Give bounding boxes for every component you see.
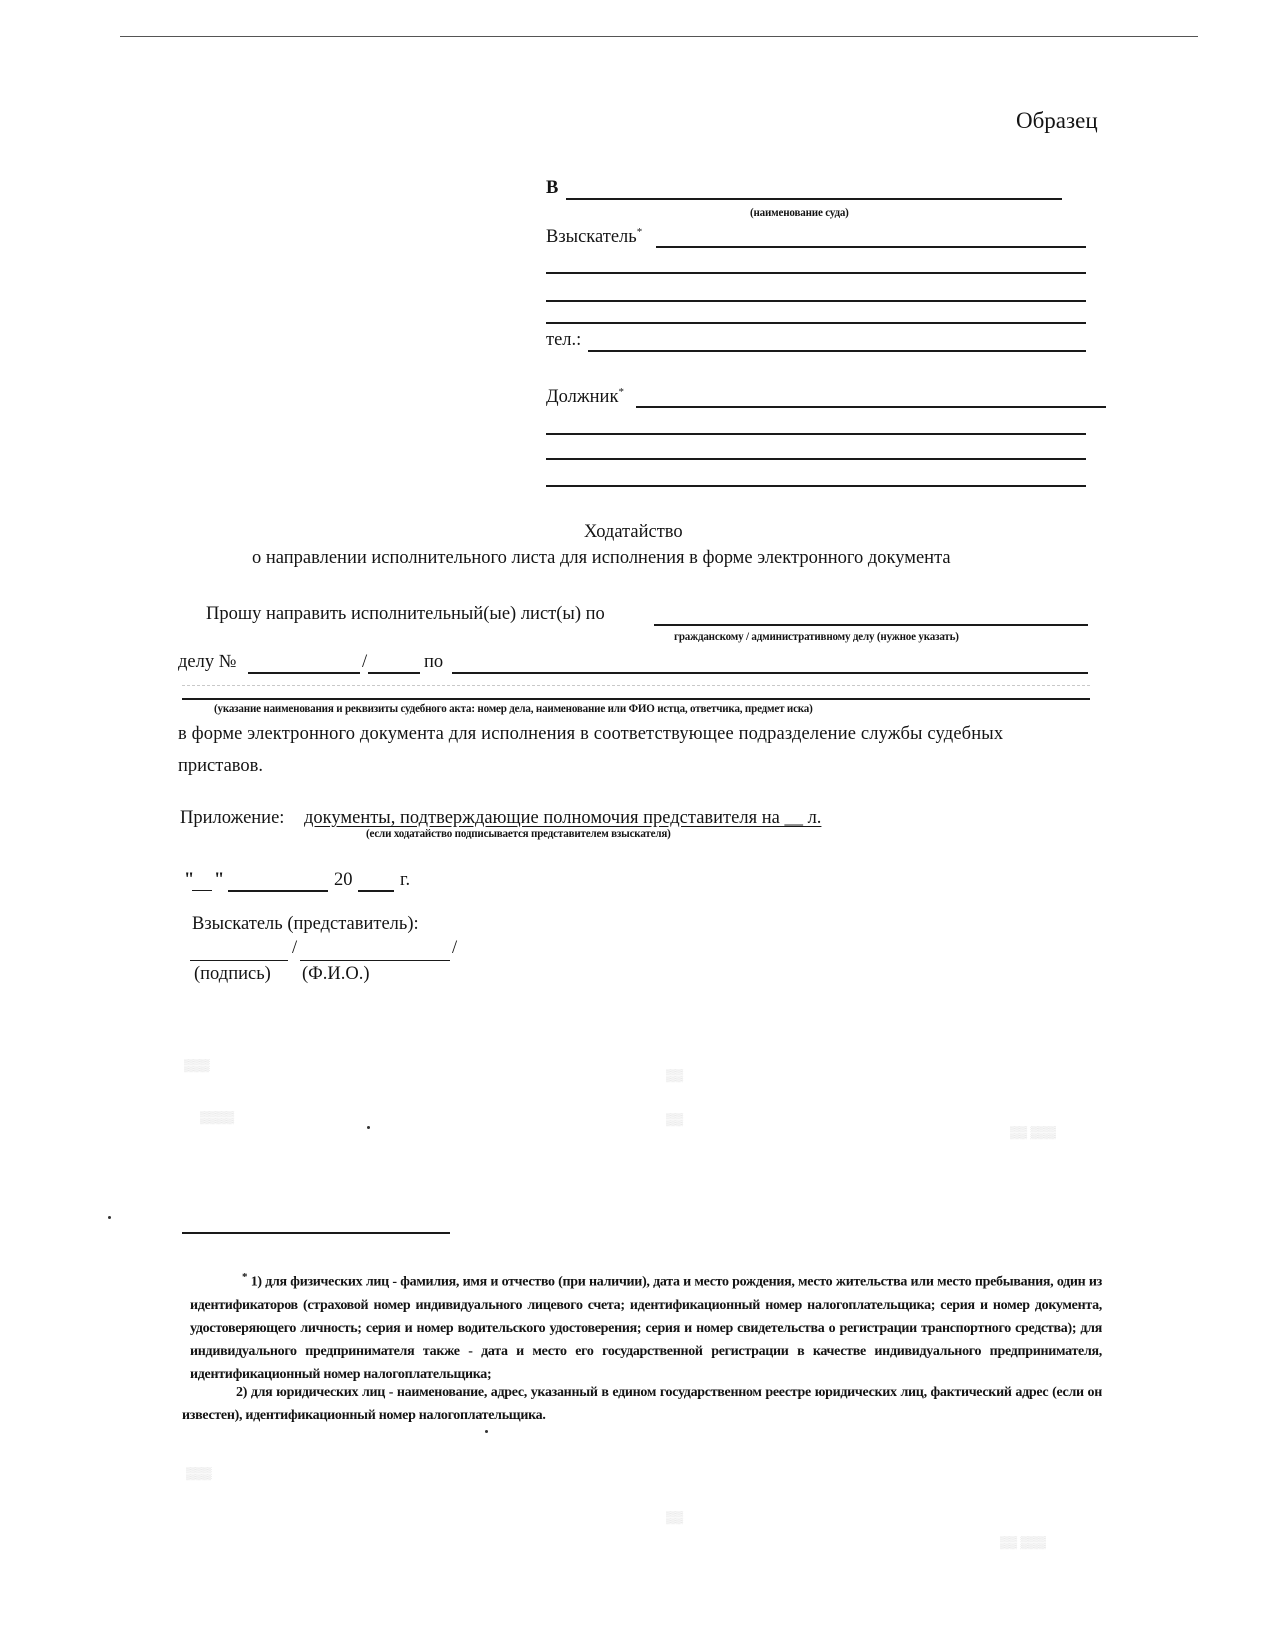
document-subheading: о направлении исполнительного листа для … (252, 548, 951, 569)
continuation-line-1: в форме электронного документа для испол… (178, 724, 1003, 745)
bleed-through-text: ▒▒▒▒ (200, 1110, 234, 1124)
sample-label: Образец (1016, 108, 1098, 134)
date-close-quote: " (214, 870, 224, 891)
court-act-caption: (указание наименования и реквизиты судеб… (214, 701, 813, 716)
debtor-asterisk: * (618, 386, 624, 398)
debtor-field-line-4[interactable] (546, 485, 1086, 487)
phone-field[interactable] (588, 350, 1086, 352)
case-details-field-line-1[interactable] (452, 672, 1088, 674)
date-month-field[interactable] (228, 890, 328, 892)
date-year-prefix: 20 (334, 870, 353, 891)
bleed-through-text: ▒▒ ▒▒▒ (1000, 1535, 1046, 1549)
claimant-field-line-4[interactable] (546, 322, 1086, 324)
request-line: Прошу направить исполнительный(ые) лист(… (206, 604, 605, 625)
bleed-through-text: ▒▒ (666, 1510, 683, 1524)
document-heading: Ходатайство (584, 522, 683, 543)
case-po-label: по (424, 652, 443, 673)
date-year-suffix: г. (400, 870, 410, 891)
debtor-field-line-3[interactable] (546, 458, 1086, 460)
bleed-through-text: ▒▒ (666, 1112, 683, 1126)
to-court-label: В (546, 178, 558, 199)
claimant-field-line-1[interactable] (656, 246, 1086, 248)
claimant-label: Взыскатель* (546, 226, 642, 248)
bleed-through-text: ▒▒ ▒▒▒ (1010, 1125, 1056, 1139)
debtor-field-line-1[interactable] (636, 406, 1106, 408)
signature-slash-1: / (292, 938, 297, 959)
continuation-line-2: приставов. (178, 756, 263, 777)
case-number-suffix-field[interactable] (368, 672, 420, 674)
claimant-field-line-3[interactable] (546, 300, 1086, 302)
case-details-ghost-line (182, 685, 1090, 686)
signer-name-field[interactable] (300, 960, 450, 961)
top-rule (120, 36, 1198, 37)
footnote-marker: * (242, 1271, 247, 1283)
signature-label: Взыскатель (представитель): (192, 914, 419, 935)
footnote-item-1: * 1) для физических лиц - фамилия, имя и… (190, 1266, 1102, 1386)
date-year-field[interactable] (358, 890, 394, 892)
court-caption: (наименование суда) (750, 205, 849, 220)
claimant-asterisk: * (637, 226, 643, 238)
date-day-field[interactable] (192, 890, 212, 891)
signature-field[interactable] (190, 960, 288, 961)
date-open-quote: " (184, 870, 194, 891)
case-number-field[interactable] (248, 672, 360, 674)
debtor-label: Должник* (546, 386, 624, 408)
attachment-label: Приложение: (180, 808, 284, 829)
name-caption: (Ф.И.О.) (302, 964, 370, 985)
bleed-through-text: ▒▒▒ (184, 1058, 210, 1072)
debtor-field-line-2[interactable] (546, 433, 1086, 435)
case-number-slash: / (362, 652, 367, 673)
footnote-item-1-text: 1) для физических лиц - фамилия, имя и о… (190, 1275, 1102, 1382)
signature-slash-2: / (452, 938, 457, 959)
signature-caption: (подпись) (194, 964, 271, 985)
case-type-field[interactable] (654, 624, 1088, 626)
debtor-label-text: Должник (546, 387, 618, 407)
bleed-through-text: ▒▒▒ (186, 1466, 212, 1480)
scan-speck (485, 1430, 488, 1433)
court-name-field[interactable] (566, 198, 1062, 200)
case-details-field-line-2[interactable] (182, 698, 1090, 700)
footnote-item-2-text: 2) для юридических лиц - наименование, а… (182, 1385, 1102, 1423)
phone-label: тел.: (546, 330, 581, 351)
case-type-caption: гражданскому / административному делу (н… (674, 629, 959, 644)
bleed-through-text: ▒▒ (666, 1068, 683, 1082)
scan-speck (108, 1216, 111, 1219)
footnote-rule (182, 1232, 450, 1234)
claimant-label-text: Взыскатель (546, 227, 637, 247)
scan-speck (367, 1126, 370, 1129)
footnote-item-2: 2) для юридических лиц - наименование, а… (182, 1381, 1102, 1427)
case-number-label: делу № (178, 652, 236, 673)
attachment-caption: (если ходатайство подписывается представ… (366, 826, 671, 841)
claimant-field-line-2[interactable] (546, 272, 1086, 274)
